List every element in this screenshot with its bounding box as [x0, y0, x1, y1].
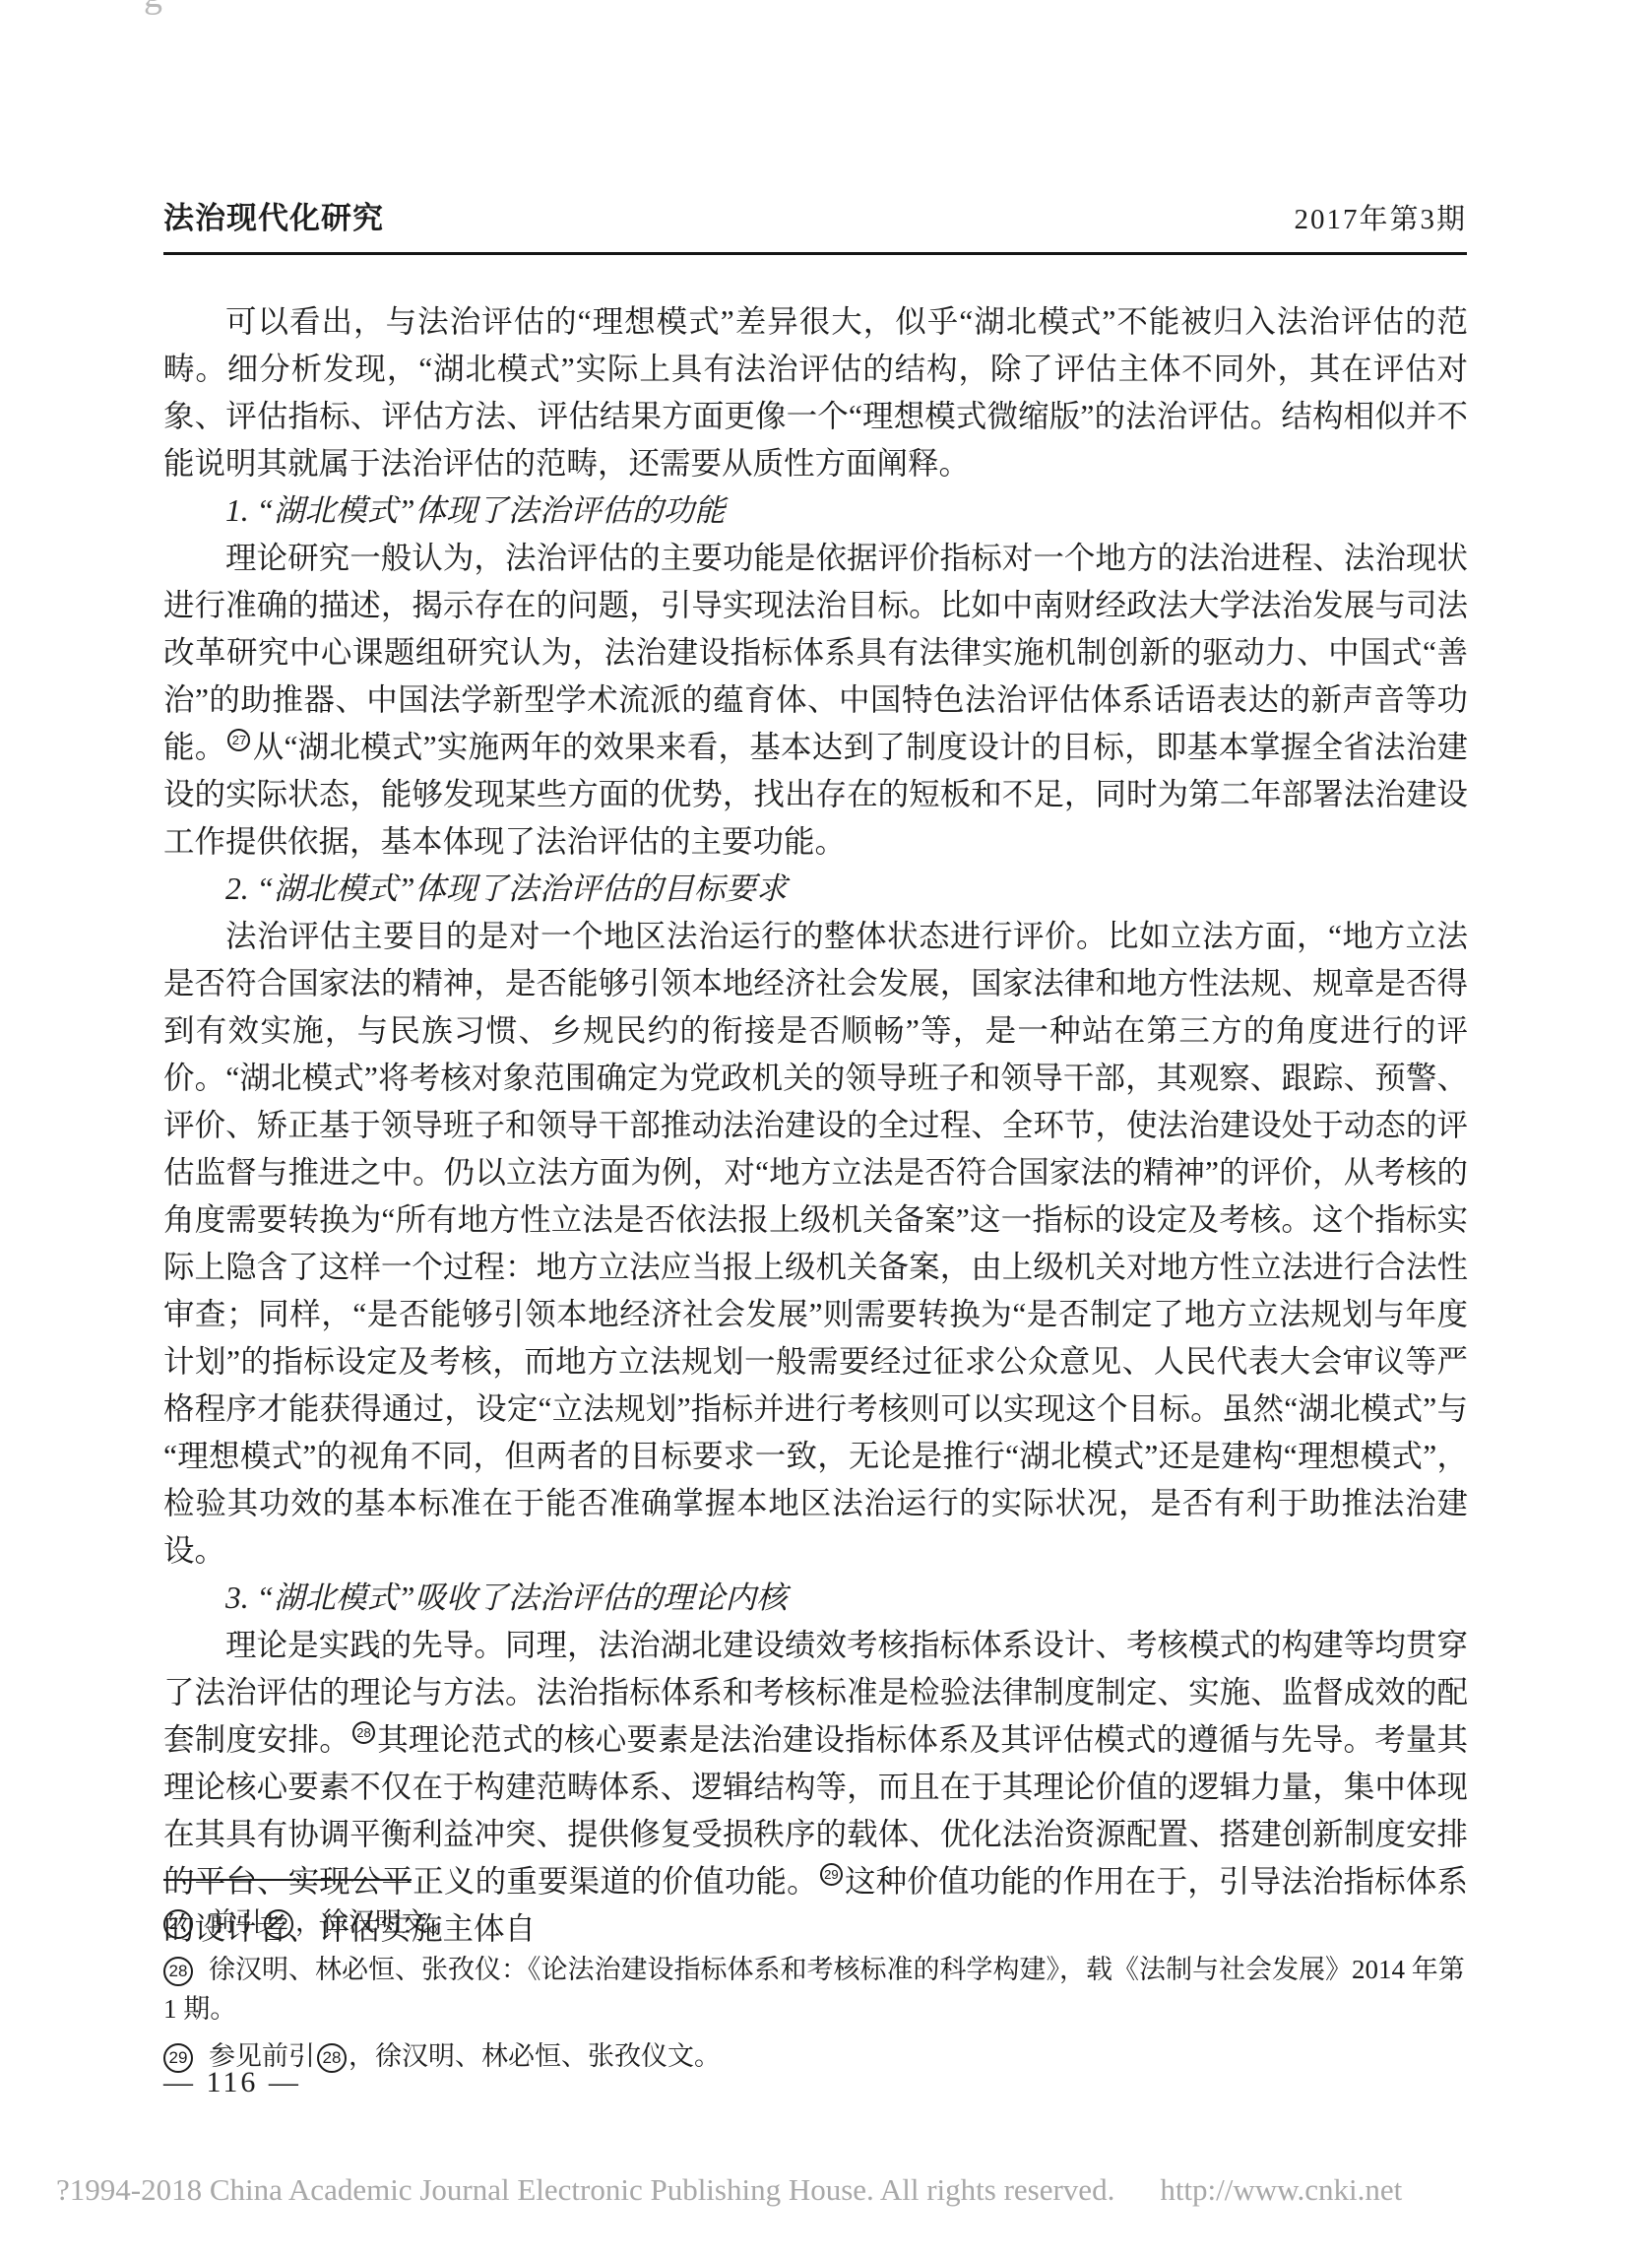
footnote-marker: 27 [163, 1909, 193, 1939]
page-header: 法治现代化研究 2017年第3期 [163, 193, 1467, 237]
copyright-watermark: ?1994-2018 China Academic Journal Electr… [56, 2172, 1402, 2208]
footnote-list: 27前引22，徐汉明文。28徐汉明、林必恒、张孜仪：《论法治建设指标体系和考核标… [163, 1902, 1473, 2076]
section-heading: 2. “湖北模式”体现了法治评估的目标要求 [163, 866, 1468, 913]
paragraph: 法治评估主要目的是对一个地区法治运行的整体状态进行评价。比如立法方面，“地方立法… [163, 913, 1468, 1575]
footnote-ref: 27 [227, 729, 250, 751]
footnote-ref: 28 [352, 1721, 375, 1744]
watermark-url: http://www.cnki.net [1160, 2172, 1402, 2207]
page-number: — 116 — [163, 2066, 301, 2099]
footnote-separator [163, 1879, 412, 1881]
issue-label: 2017年第3期 [1294, 197, 1467, 237]
footnotes-section: 27前引22，徐汉明文。28徐汉明、林必恒、张孜仪：《论法治建设指标体系和考核标… [163, 1879, 1473, 2084]
paragraph: 可以看出，与法治评估的“理想模式”差异很大，似乎“湖北模式”不能被归入法治评估的… [163, 298, 1468, 487]
journal-title: 法治现代化研究 [163, 193, 384, 237]
paragraph: 理论研究一般认为，法治评估的主要功能是依据评价指标对一个地方的法治进程、法治现状… [163, 535, 1468, 866]
footnote-cross-ref: 28 [317, 2043, 347, 2073]
footnote: 29参见前引28，徐汉明、林必恒、张孜仪文。 [163, 2036, 1473, 2076]
footnote: 27前引22，徐汉明文。 [163, 1902, 1473, 1942]
footnote: 28徐汉明、林必恒、张孜仪：《论法治建设指标体系和考核标准的科学构建》，载《法制… [163, 1950, 1473, 2029]
footnote-marker: 28 [163, 1957, 193, 1986]
section-heading: 1. “湖北模式”体现了法治评估的功能 [163, 487, 1468, 535]
header-rule [163, 252, 1467, 255]
watermark-text: ?1994-2018 China Academic Journal Electr… [56, 2172, 1114, 2207]
section-heading: 3. “湖北模式”吸收了法治评估的理论内核 [163, 1575, 1468, 1622]
footnote-cross-ref: 22 [264, 1909, 293, 1939]
journal-page: g 法治现代化研究 2017年第3期 可以看出，与法治评估的“理想模式”差异很大… [0, 0, 1652, 2257]
partial-watermark-glyph: g [144, 0, 162, 17]
article-body: 可以看出，与法治评估的“理想模式”差异很大，似乎“湖北模式”不能被归入法治评估的… [163, 298, 1468, 1953]
